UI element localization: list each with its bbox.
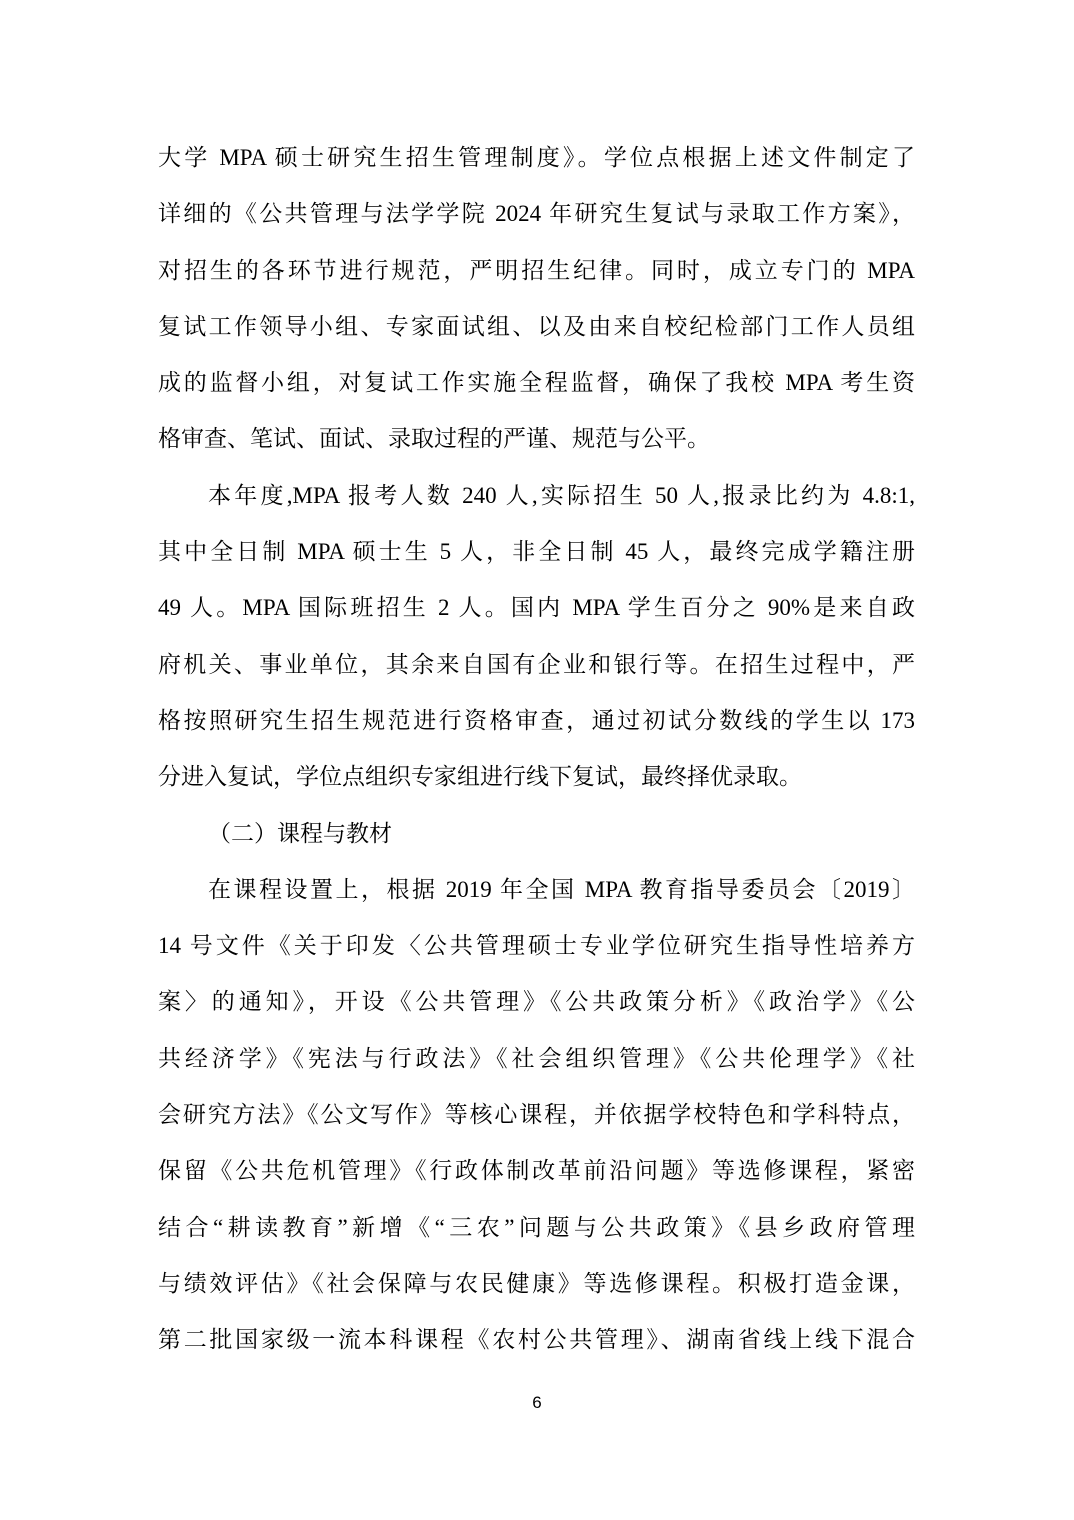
text-line: （二）课程与教材 <box>158 806 915 862</box>
text-line: 案〉的通知》，开设《公共管理》《公共政策分析》《政治学》《公 <box>158 974 915 1030</box>
text-line: 共经济学》《宪法与行政法》《社会组织管理》《公共伦理学》《社 <box>158 1031 915 1087</box>
text-line: 详细的《公共管理与法学学院 2024 年研究生复试与录取工作方案》， <box>158 186 915 242</box>
text-line: 与绩效评估》《社会保障与农民健康》等选修课程。积极打造金课， <box>158 1256 915 1312</box>
text-line: 在课程设置上，根据 2019 年全国 MPA 教育指导委员会〔2019〕 <box>158 862 915 918</box>
text-line: 其中全日制 MPA 硕士生 5 人，非全日制 45 人，最终完成学籍注册 <box>158 524 915 580</box>
text-line: 对招生的各环节进行规范，严明招生纪律。同时，成立专门的 MPA <box>158 243 915 299</box>
text-line: 成的监督小组，对复试工作实施全程监督，确保了我校 MPA 考生资 <box>158 355 915 411</box>
text-line: 府机关、事业单位，其余来自国有企业和银行等。在招生过程中，严 <box>158 637 915 693</box>
text-line: 49 人。MPA 国际班招生 2 人。国内 MPA 学生百分之 90%是来自政 <box>158 580 915 636</box>
text-line: 本年度,MPA 报考人数 240 人,实际招生 50 人,报录比约为 4.8:1… <box>158 468 915 524</box>
text-line: 14 号文件《关于印发〈公共管理硕士专业学位研究生指导性培养方 <box>158 918 915 974</box>
page-number: 6 <box>0 1393 1074 1413</box>
text-line: 会研究方法》《公文写作》等核心课程，并依据学校特色和学科特点， <box>158 1087 915 1143</box>
text-line: 大学 MPA 硕士研究生招生管理制度》。学位点根据上述文件制定了 <box>158 130 915 186</box>
text-line: 格审查、笔试、面试、录取过程的严谨、规范与公平。 <box>158 411 915 467</box>
page-text: 大学 MPA 硕士研究生招生管理制度》。学位点根据上述文件制定了详细的《公共管理… <box>158 130 915 1369</box>
text-line: 复试工作领导小组、专家面试组、以及由来自校纪检部门工作人员组 <box>158 299 915 355</box>
text-line: 格按照研究生招生规范进行资格审查，通过初试分数线的学生以 173 <box>158 693 915 749</box>
document-page: 大学 MPA 硕士研究生招生管理制度》。学位点根据上述文件制定了详细的《公共管理… <box>0 0 1074 1520</box>
text-line: 结合“耕读教育”新增《“三农”问题与公共政策》《县乡政府管理 <box>158 1200 915 1256</box>
text-line: 分进入复试，学位点组织专家组进行线下复试，最终择优录取。 <box>158 749 915 805</box>
text-line: 第二批国家级一流本科课程《农村公共管理》、湖南省线上线下混合 <box>158 1312 915 1368</box>
text-line: 保留《公共危机管理》《行政体制改革前沿问题》等选修课程，紧密 <box>158 1143 915 1199</box>
